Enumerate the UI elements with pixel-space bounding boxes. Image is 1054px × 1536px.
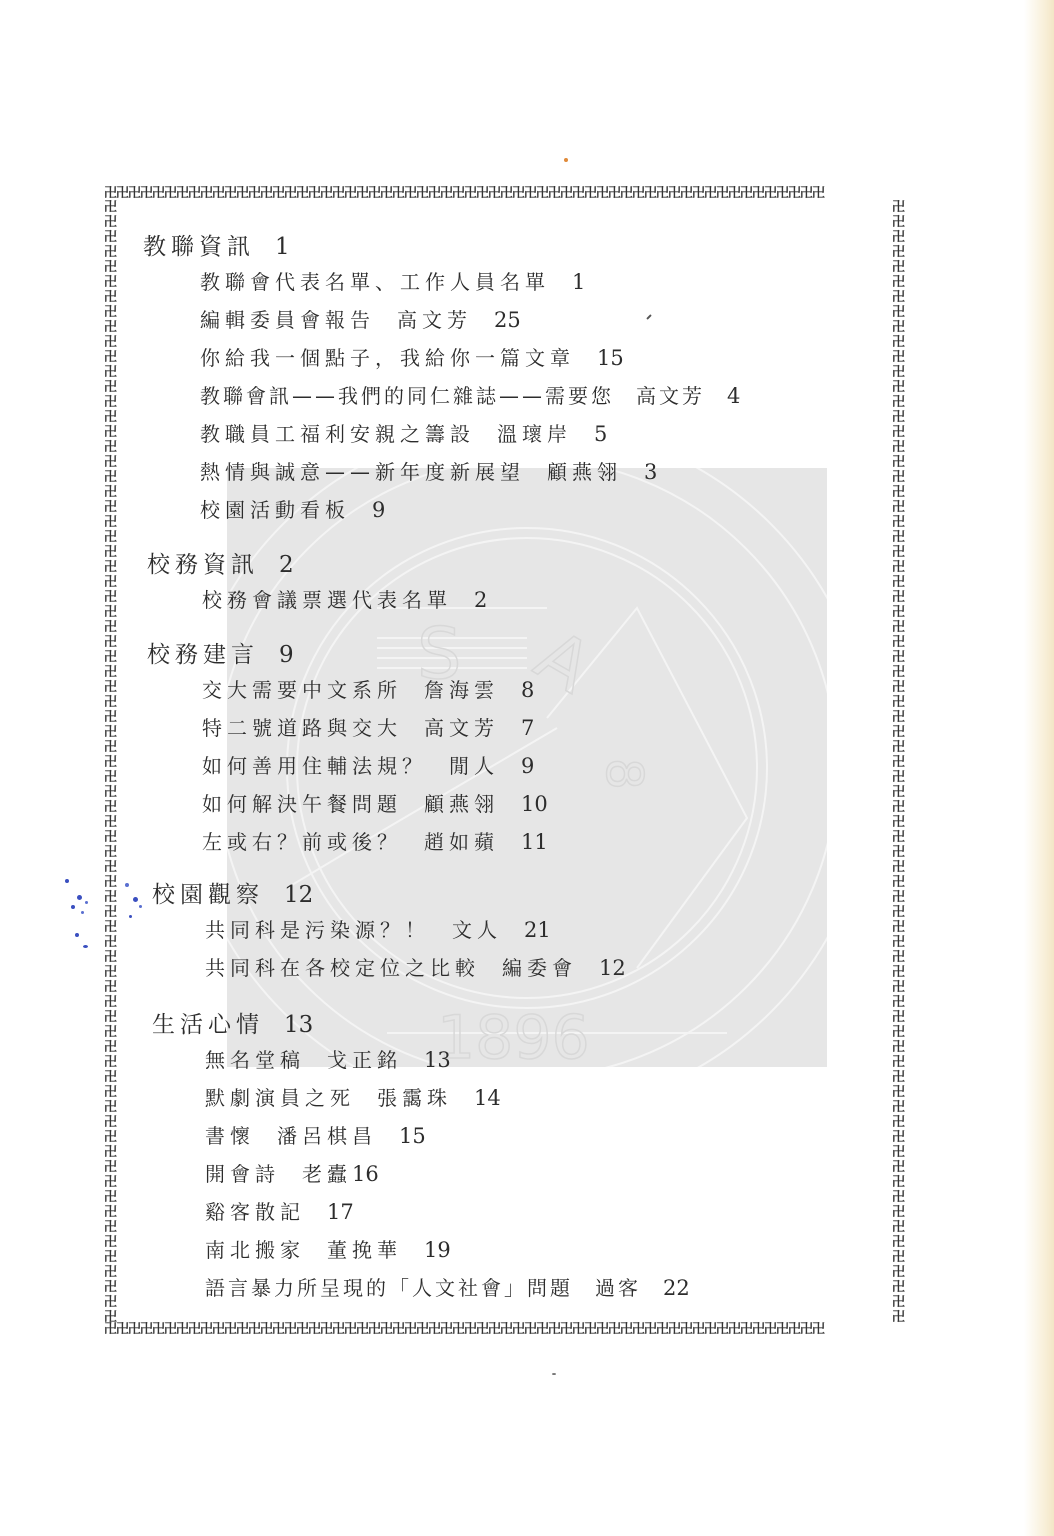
toc-entry[interactable]: 左或右？前或後？趙如蘋11 [202,826,548,855]
entry-page: 17 [327,1200,354,1224]
entry-title: 你給我一個點子，我給你一篇文章 [200,346,575,370]
toc-entry[interactable]: 書懷潘呂棋昌15 [205,1120,426,1149]
entry-page: 11 [521,830,548,854]
entry-author: 溫瓌岸 [497,422,572,446]
entry-title: 特二號道路與交大 [202,716,402,740]
toc-entry[interactable]: 開會詩老蠹16 [205,1158,379,1187]
scan-speck [552,1373,556,1375]
entry-author: 高文芳 [636,384,705,408]
entry-page: 5 [594,422,607,446]
entry-title: 教聯會代表名單、工作人員名單 [200,270,550,294]
section-title: 校務資訊 [147,552,259,578]
toc-entry[interactable]: 校務會議票選代表名單2 [202,584,487,613]
entry-page: 12 [599,956,626,980]
entry-title: 默劇演員之死 [205,1086,355,1110]
toc-entry[interactable]: 如何解決午餐問題顧燕翎10 [202,788,548,817]
frame-left-border: 卍卍卍卍卍卍卍卍卍卍卍卍卍卍卍卍卍卍卍卍卍卍卍卍卍卍卍卍卍卍卍卍卍卍卍卍卍卍卍卍… [104,200,120,1324]
entry-author: 過客 [595,1276,641,1300]
toc-entry[interactable]: 教職員工福利安親之籌設溫瓌岸5 [200,418,607,447]
toc-entry[interactable]: 默劇演員之死張靄珠14 [205,1082,501,1111]
entry-page: 25 [494,308,521,332]
seal-year: 1896 [437,1003,590,1067]
entry-page: 2 [474,588,487,612]
entry-page: 15 [399,1124,426,1148]
entry-title: 編輯委員會報告 [200,308,375,332]
section-heading[interactable]: 校務建言9 [147,636,294,669]
toc-entry[interactable]: 如何善用住輔法規？閒人9 [202,750,534,779]
entry-author: 文人 [452,918,502,942]
entry-page: 7 [521,716,534,740]
toc-entry[interactable]: 校園活動看板9 [200,494,385,523]
section-page: 2 [279,552,294,578]
entry-author: 顧燕翎 [547,460,622,484]
entry-author: 張靄珠 [377,1086,452,1110]
toc-entry[interactable]: 編輯委員會報告高文芳25 [200,304,521,333]
entry-title: 左或右？前或後？ [202,830,402,854]
entry-author: 閒人 [449,754,499,778]
frame-bottom-border: 卍卍卍卍卍卍卍卍卍卍卍卍卍卍卍卍卍卍卍卍卍卍卍卍卍卍卍卍卍卍卍卍卍卍卍卍卍卍卍卍… [104,1322,908,1338]
entry-author: 顧燕翎 [424,792,499,816]
section-title: 校務建言 [147,642,259,668]
entry-page: 1 [572,270,585,294]
ink-stain [55,875,155,960]
entry-author: 高文芳 [424,716,499,740]
entry-author: 趙如蘋 [424,830,499,854]
entry-title: 校園活動看板 [200,498,350,522]
entry-page: 9 [521,754,534,778]
toc-entry[interactable]: 共同科在各校定位之比較編委會12 [205,952,626,981]
scan-speck [564,158,568,162]
entry-title: 無名堂稿 [205,1048,305,1072]
entry-page: 8 [521,678,534,702]
entry-page: 22 [663,1276,690,1300]
section-page: 9 [279,642,294,668]
entry-title: 教聯會訊——我們的同仁雜誌——需要您 [200,384,614,408]
toc-entry[interactable]: 共同科是污染源？！文人21 [205,914,551,943]
entry-title: 如何解決午餐問題 [202,792,402,816]
entry-page: 3 [644,460,657,484]
entry-page: 13 [424,1048,451,1072]
toc-entry[interactable]: 谿客散記17 [205,1196,354,1225]
entry-page: 15 [597,346,624,370]
entry-author: 董挽華 [327,1238,402,1262]
page-edge-shadow [1024,0,1054,1536]
entry-author: 戈正銘 [327,1048,402,1072]
entry-author: 詹海雲 [424,678,499,702]
entry-page: 9 [372,498,385,522]
entry-title: 熱情與誠意——新年度新展望 [200,460,525,484]
entry-title: 共同科在各校定位之比較 [205,956,480,980]
entry-title: 如何善用住輔法規？ [202,754,427,778]
entry-page: 4 [727,384,740,408]
entry-author: 編委會 [502,956,577,980]
toc-entry[interactable]: 無名堂稿戈正銘13 [205,1044,451,1073]
entry-title: 南北搬家 [205,1238,305,1262]
frame-top-border: 卍卍卍卍卍卍卍卍卍卍卍卍卍卍卍卍卍卍卍卍卍卍卍卍卍卍卍卍卍卍卍卍卍卍卍卍卍卍卍卍… [104,186,908,202]
entry-title: 書懷 [205,1124,255,1148]
toc-entry[interactable]: 南北搬家董挽華19 [205,1234,451,1263]
entry-title: 教職員工福利安親之籌設 [200,422,475,446]
section-title: 生活心情 [152,1012,264,1038]
entry-author: 潘呂棋昌 [277,1124,377,1148]
entry-page: 19 [424,1238,451,1262]
section-page: 1 [275,234,290,260]
section-heading[interactable]: 教聯資訊1 [143,228,290,261]
entry-page: 16 [352,1162,379,1186]
entry-author: 老蠹 [302,1162,352,1186]
section-page: 12 [284,882,313,908]
entry-page: 21 [524,918,551,942]
toc-entry[interactable]: 熱情與誠意——新年度新展望顧燕翎3 [200,456,657,485]
entry-title: 校務會議票選代表名單 [202,588,452,612]
frame-right-border: 卍卍卍卍卍卍卍卍卍卍卍卍卍卍卍卍卍卍卍卍卍卍卍卍卍卍卍卍卍卍卍卍卍卍卍卍卍卍卍卍… [892,200,908,1324]
entry-page: 10 [521,792,548,816]
entry-author: 高文芳 [397,308,472,332]
toc-entry[interactable]: 特二號道路與交大高文芳7 [202,712,534,741]
section-title: 教聯資訊 [143,234,255,260]
toc-entry[interactable]: 教聯會訊——我們的同仁雜誌——需要您高文芳4 [200,380,740,409]
toc-entry[interactable]: 交大需要中文系所詹海雲8 [202,674,534,703]
section-title: 校園觀察 [152,882,264,908]
section-page: 13 [284,1012,313,1038]
section-heading[interactable]: 校園觀察12 [152,876,313,909]
entry-title: 開會詩 [205,1162,280,1186]
toc-entry[interactable]: 語言暴力所呈現的「人文社會」問題過客22 [205,1272,690,1301]
entry-title: 共同科是污染源？！ [205,918,430,942]
pencil-mark [646,314,652,320]
entry-page: 14 [474,1086,501,1110]
entry-title: 谿客散記 [205,1200,305,1224]
toc-entry[interactable]: 教聯會代表名單、工作人員名單1 [200,266,585,295]
entry-title: 語言暴力所呈現的「人文社會」問題 [205,1276,573,1300]
svg-text:8: 8 [595,758,653,790]
section-heading[interactable]: 生活心情13 [152,1006,313,1039]
section-heading[interactable]: 校務資訊2 [147,546,294,579]
entry-title: 交大需要中文系所 [202,678,402,702]
toc-entry[interactable]: 你給我一個點子，我給你一篇文章15 [200,342,624,371]
